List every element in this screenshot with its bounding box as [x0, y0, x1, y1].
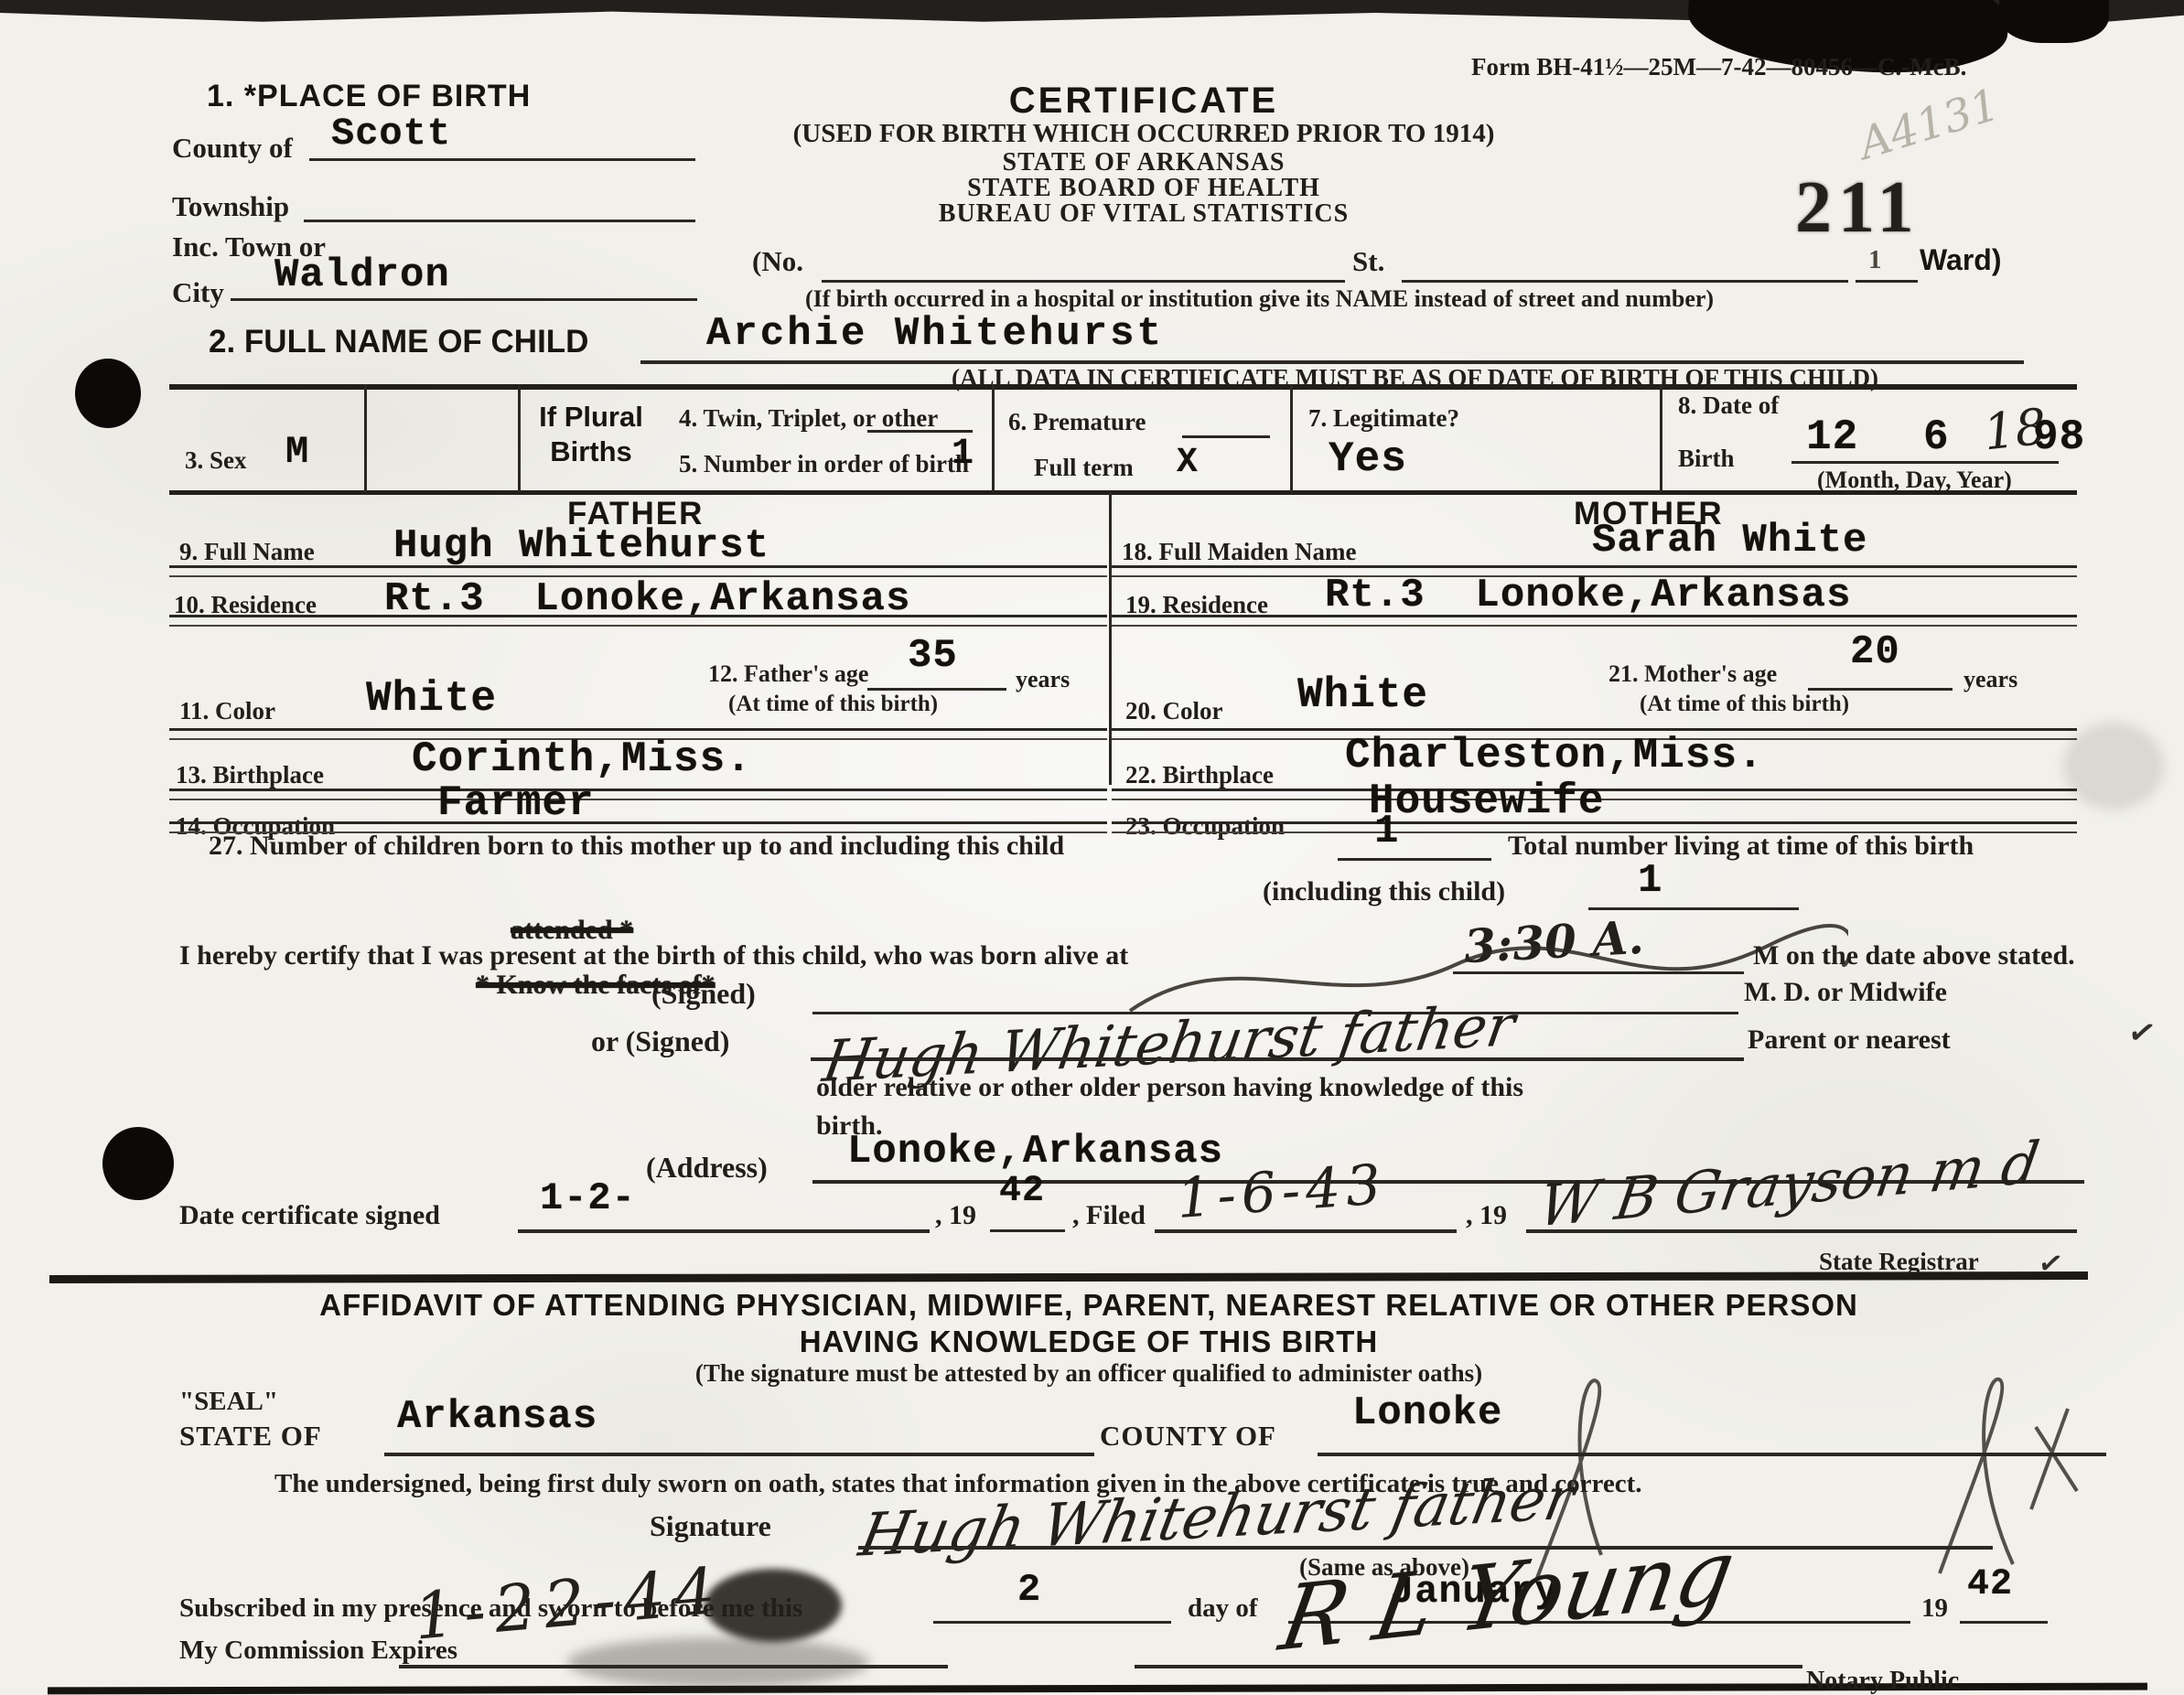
sworn-year-value: 42	[1967, 1564, 2013, 1605]
sworn-year-underline	[1960, 1621, 2048, 1624]
plural-births-label: If Plural	[527, 401, 655, 434]
father-name-label: 9. Full Name	[179, 538, 315, 566]
vitals-divider	[1290, 384, 1293, 492]
ward-value: 1	[1868, 245, 1882, 275]
father-name-value: Hugh Whitehurst	[393, 523, 769, 569]
dob-note: (Month, Day, Year)	[1817, 467, 2012, 494]
signed-label: (Signed)	[651, 977, 756, 1011]
pencil-note: A4131	[1853, 79, 2005, 169]
state-of-label: STATE OF	[179, 1420, 322, 1453]
hole-punch-mark	[102, 1127, 174, 1200]
paper-stain	[2063, 723, 2164, 810]
year-prefix-1: , 19	[935, 1200, 976, 1231]
filed-date-value: 1-6-43	[1175, 1153, 1389, 1231]
twin-underline2	[867, 430, 973, 433]
parents-middle-divider	[1109, 490, 1112, 785]
mother-name-label: 18. Full Maiden Name	[1122, 538, 1357, 566]
signature-label: Signature	[650, 1509, 771, 1543]
sex-value: M	[285, 430, 309, 474]
order-of-birth-label: 5. Number in order of birth	[679, 450, 969, 478]
children-count-label: 27. Number of children born to this moth…	[209, 831, 1064, 862]
registrar-signature: W B Grayson m d	[1534, 1129, 2044, 1240]
order-value: 1	[952, 434, 974, 475]
affidavit-divider-rule	[49, 1271, 2088, 1283]
father-color-label: 11. Color	[179, 697, 275, 725]
date-of-birth-label2: Birth	[1678, 445, 1735, 473]
dob-year-value: 98	[2033, 413, 2085, 461]
city-label: City	[172, 276, 224, 309]
md-or-midwife-label: M. D. or Midwife	[1744, 977, 1947, 1008]
day-of-label: day of	[1188, 1593, 1258, 1624]
dob-month-value: 12	[1806, 413, 1858, 461]
ink-smudge	[567, 1637, 869, 1688]
or-signed-label: or (Signed)	[591, 1025, 729, 1058]
hospital-note: (If birth occurred in a hospital or inst…	[805, 285, 1714, 313]
father-age-underline	[867, 688, 1006, 691]
mother-birthplace-value: Charleston,Miss.	[1345, 732, 1764, 779]
address-value: Lonoke,Arkansas	[847, 1129, 1223, 1175]
father-color-value: White	[366, 675, 497, 723]
notary-underline	[1135, 1665, 1802, 1668]
address-label: (Address)	[646, 1151, 768, 1185]
mother-color-value: White	[1297, 671, 1428, 719]
mother-at-time-label: (At time of this birth)	[1640, 692, 1849, 717]
county-label: County of	[172, 132, 293, 165]
hole-punch-mark	[75, 359, 141, 428]
children-count-underline	[1338, 858, 1491, 861]
legitimate-label: 7. Legitimate?	[1308, 404, 1459, 433]
filed-label: , Filed	[1072, 1200, 1146, 1231]
state-of-value: Arkansas	[397, 1394, 597, 1440]
children-total-label: Total number living at time of this birt…	[1508, 831, 1974, 862]
parent-or-nearest-label: Parent or nearest	[1748, 1025, 1951, 1056]
city-value: Waldron	[274, 252, 450, 298]
premature-underline	[1182, 435, 1270, 438]
vitals-divider	[992, 384, 995, 492]
certificate-subtitle: (USED FOR BIRTH WHICH OCCURRED PRIOR TO …	[686, 119, 1601, 149]
street-label: St.	[1352, 245, 1384, 278]
street-no-label: (No.	[752, 245, 803, 278]
notary-public-label: Notary Public	[1806, 1667, 1959, 1695]
seal-label: "SEAL"	[179, 1387, 278, 1417]
mother-residence-value: Rt.3 Lonoke,Arkansas	[1325, 573, 1852, 618]
year-1-underline	[990, 1229, 1065, 1232]
ward-label: Ward)	[1920, 243, 2001, 277]
filed-underline	[1155, 1229, 1457, 1233]
commission-underline	[399, 1665, 948, 1668]
checkmark-parent: ✓	[2125, 1011, 2159, 1054]
street-no-underline	[822, 280, 1345, 283]
father-at-time-label: (At time of this birth)	[728, 692, 938, 717]
county-of-label: COUNTY OF	[1100, 1420, 1276, 1453]
city-underline	[231, 298, 697, 301]
affidavit-title-line1: AFFIDAVIT OF ATTENDING PHYSICIAN, MIDWIF…	[128, 1288, 2050, 1323]
date-certificate-signed-label: Date certificate signed	[179, 1200, 440, 1231]
plural-births-label2: Births	[527, 435, 655, 468]
affidavit-title-line2: HAVING KNOWLEDGE OF THIS BIRTH	[128, 1325, 2050, 1359]
form-number: Form BH-41½—25M—7-42—80456—C.-McB.	[1471, 53, 1966, 81]
ward-underline	[1856, 280, 1918, 283]
county-underline	[309, 158, 695, 161]
father-birthplace-label: 13. Birthplace	[176, 761, 324, 789]
sworn-year-prefix: 19	[1921, 1593, 1948, 1624]
mother-age-underline	[1808, 688, 1953, 691]
mother-name-value: Sarah White	[1592, 518, 1867, 563]
certificate-stamp-number: 211	[1795, 166, 1920, 250]
father-age-value: 35	[908, 633, 958, 679]
township-underline	[304, 220, 695, 222]
vitals-table-bottom-border	[169, 490, 2077, 495]
father-row-rule	[169, 788, 1107, 800]
mother-row-rule	[1112, 615, 2077, 627]
birth-certificate-document: Form BH-41½—25M—7-42—80456—C.-McB. A4131…	[0, 0, 2184, 1695]
father-birthplace-value: Corinth,Miss.	[412, 735, 752, 783]
full-term-value: X	[1177, 443, 1199, 482]
father-occupation-value: Farmer	[437, 779, 595, 827]
mother-age-value: 20	[1850, 629, 1900, 675]
parent-continuation-line: older relative or other older person hav…	[816, 1072, 1523, 1103]
year-prefix-2: , 19	[1466, 1200, 1507, 1231]
vitals-divider	[364, 384, 367, 492]
children-living-underline	[1588, 907, 1799, 910]
mother-birthplace-label: 22. Birthplace	[1125, 761, 1274, 789]
state-of-underline	[384, 1453, 1094, 1456]
date-of-birth-label1: 8. Date of	[1678, 392, 1779, 420]
year-value-1: 42	[999, 1171, 1045, 1212]
twin-cell-label: 4. Twin, Triplet, or other	[679, 404, 938, 433]
place-of-birth-heading: 1. *PLACE OF BIRTH	[207, 79, 531, 114]
county-value: Scott	[331, 112, 451, 156]
dob-underline	[1791, 461, 2059, 464]
sworn-day-value: 2	[1017, 1568, 1041, 1612]
premature-label: 6. Premature	[1008, 408, 1146, 436]
mother-years-label: years	[1963, 666, 2017, 693]
scan-top-blob2-artifact	[1999, 0, 2109, 43]
date-signed-underline	[518, 1229, 930, 1233]
dob-day-value: 6	[1923, 413, 1950, 461]
date-certificate-signed-value: 1-2-	[540, 1176, 636, 1220]
or-signed-underline	[811, 1057, 1744, 1061]
mother-occupation-value: Housewife	[1369, 778, 1604, 825]
child-name-value: Archie Whitehurst	[706, 311, 1164, 357]
vitals-table-top-border	[169, 384, 2077, 390]
sworn-day-underline	[933, 1621, 1171, 1624]
mother-color-label: 20. Color	[1125, 697, 1222, 725]
vitals-divider	[518, 384, 521, 492]
street-underline	[1402, 280, 1848, 283]
certificate-title: CERTIFICATE	[823, 80, 1464, 122]
certify-statement: I hereby certify that I was present at t…	[179, 940, 1128, 971]
full-term-label: Full term	[1034, 454, 1134, 482]
including-child-label: (including this child)	[1263, 876, 1505, 907]
children-count-value: 1	[1374, 809, 1399, 854]
father-age-label: 12. Father's age	[708, 660, 868, 688]
father-years-label: years	[1016, 666, 1070, 693]
father-row-rule	[169, 615, 1107, 627]
mother-age-label: 21. Mother's age	[1608, 660, 1777, 688]
children-living-value: 1	[1638, 858, 1662, 904]
vitals-divider	[1660, 384, 1662, 492]
child-name-label: 2. FULL NAME OF CHILD	[209, 324, 588, 360]
sex-label: 3. Sex	[185, 446, 247, 475]
registrar-underline	[1526, 1229, 2077, 1233]
legitimate-value: Yes	[1329, 435, 1407, 483]
bureau-line: BUREAU OF VITAL STATISTICS	[823, 199, 1464, 229]
township-label: Township	[172, 190, 289, 223]
signature-underline	[858, 1546, 1993, 1550]
